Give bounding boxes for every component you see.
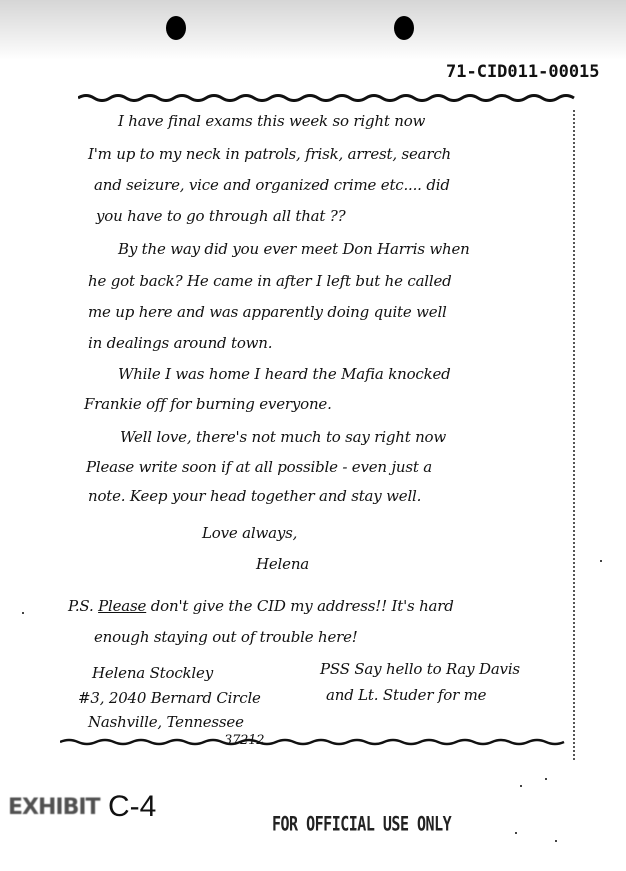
second-postscript-line: and Lt. Studer for me [326,686,486,704]
scan-speck [520,785,522,787]
letter-line: I have final exams this week so right no… [118,112,425,130]
scan-speck [555,840,557,842]
letter-line: he got back? He came in after I left but… [88,272,452,290]
document-id-number: 71-CID011-00015 [446,62,600,82]
letter-line: While I was home I heard the Mafia knock… [118,365,451,383]
letter-line: me up here and was apparently doing quit… [88,303,447,321]
letter-line: Well love, there's not much to say right… [120,428,446,446]
scan-speck [600,560,602,562]
postscript-line-2: enough staying out of trouble here! [94,628,358,646]
return-address-city: Nashville, Tennessee [88,713,244,731]
right-dotted-border [573,110,575,760]
postscript-rest: don't give the CID my address!! It's har… [151,597,454,615]
scan-top-shading [0,0,626,60]
official-use-marking: FOR OFFICIAL USE ONLY [272,812,451,835]
letter-line: I'm up to my neck in patrols, frisk, arr… [88,145,451,163]
letter-line: note. Keep your head together and stay w… [88,487,421,505]
letter-line: Frankie off for burning everyone. [84,395,332,413]
postscript-line-1: P.S. Please don't give the CID my addres… [68,597,454,615]
letter-line: you have to go through all that ?? [96,207,345,225]
bottom-wavy-border [60,736,580,746]
punch-hole-left [166,16,186,40]
second-postscript-line: PSS Say hello to Ray Davis [320,660,520,678]
scan-speck [545,778,547,780]
exhibit-stamp-label: EXHIBIT [8,795,100,820]
top-wavy-border [78,92,578,102]
postscript-emphasis: Please [98,597,146,615]
letter-line: Please write soon if at all possible - e… [86,458,432,476]
scan-speck [22,612,24,614]
letter-line: By the way did you ever meet Don Harris … [118,240,470,258]
punch-hole-right [394,16,414,40]
letter-line: and seizure, vice and organized crime et… [94,176,450,194]
letter-closing: Love always, [202,524,297,542]
return-address-street: #3, 2040 Bernard Circle [78,689,261,707]
letter-signature: Helena [256,555,309,573]
exhibit-stamp-number: C-4 [108,790,156,824]
postscript-prefix: P.S. [68,597,94,615]
return-address-name: Helena Stockley [92,664,213,682]
letter-line: in dealings around town. [88,334,272,352]
scan-speck [515,832,517,834]
